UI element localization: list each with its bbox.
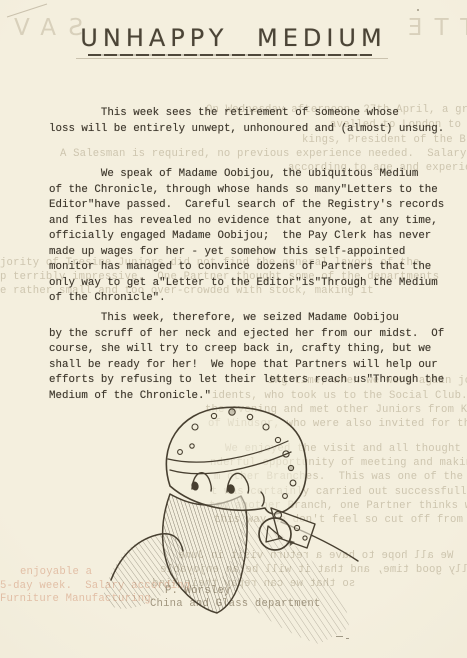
- title-underline: [88, 54, 372, 56]
- paragraph-madame-oobijou: We speak of Madame Oobijou, the ubiquito…: [49, 167, 457, 307]
- scanned-newsletter-page: SAVITTEOn Wednesday afternoon, 27th Apri…: [0, 0, 467, 658]
- paragraph-retirement: This week sees the retirement of someone…: [49, 106, 457, 137]
- veiled-medium-illustration: [75, 396, 375, 658]
- face-veil: [163, 494, 247, 613]
- polka-dot-headscarf: [166, 407, 306, 514]
- title-underline-ghost: [76, 58, 388, 59]
- page-title: UNHAPPY MEDIUM: [0, 24, 467, 52]
- ghost-text-line: A Salesman is required, no previous expe…: [60, 148, 467, 161]
- ink-speck: [417, 9, 419, 11]
- paragraph-ejection: This week, therefore, we seized Madame O…: [49, 311, 457, 404]
